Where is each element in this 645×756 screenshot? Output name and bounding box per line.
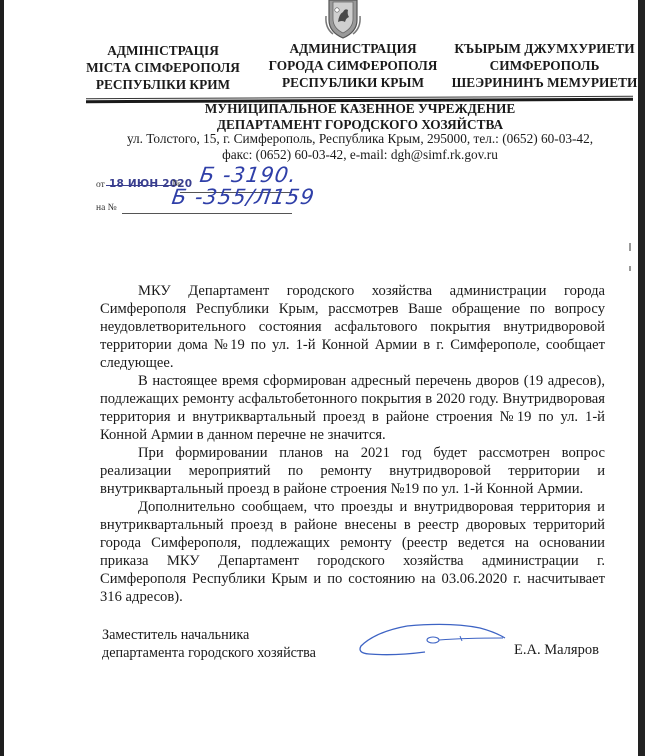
org-address-line2: факс: (0652) 60-03-42, e-mail: dgh@simf.… [90,147,630,163]
scan-border-right [638,0,645,756]
letterhead-line: ШЕЭРИНИНЪ МЕМУРИЕТИ [447,74,642,91]
signer-title-line2: департамента городского хозяйства [102,644,316,662]
body-paragraph: Дополнительно сообщаем, что проезды и вн… [100,498,605,606]
letterhead-line: АДМИНИСТРАЦИЯ [258,40,448,57]
letterhead-line: РЕСПУБЛІКИ КРИМ [78,76,248,93]
letter-body: МКУ Департамент городского хозяйства адм… [100,282,605,606]
letterhead-line: МІСТА СІМФЕРОПОЛЯ [78,59,248,76]
date-stamp-line [106,185,176,186]
org-name-line1: МУНИЦИПАЛЬНОЕ КАЗЕННОЕ УЧРЕЖДЕНИЕ [90,101,630,117]
letterhead-crimean-tatar: КЪЫРЫМ ДЖУМХУРИЕТИ СИМФЕРОПОЛЬ ШЕЭРИНИНЪ… [447,40,642,91]
letterhead-line: КЪЫРЫМ ДЖУМХУРИЕТИ [447,40,642,57]
scan-artifact [629,243,631,251]
from-label: от [96,180,105,190]
outgoing-number-handwritten: Б -3190. [198,163,298,187]
letterhead-line: РЕСПУБЛИКИ КРЫМ [258,74,448,91]
crimea-coat-of-arms-icon [323,0,363,40]
org-address-line1: ул. Толстого, 15, г. Симферополь, Респуб… [90,131,630,147]
letterhead-ukrainian: АДМІНІСТРАЦІЯ МІСТА СІМФЕРОПОЛЯ РЕСПУБЛІ… [78,42,248,93]
body-paragraph: МКУ Департамент городского хозяйства адм… [100,282,605,372]
signer-title: Заместитель начальника департамента горо… [102,626,316,662]
letterhead-line: СИМФЕРОПОЛЬ [447,57,642,74]
signer-title-line1: Заместитель начальника [102,626,316,644]
letterhead-line: ГОРОДА СИМФЕРОПОЛЯ [258,57,448,74]
handwritten-signature-icon [355,620,535,660]
scan-artifact [629,266,631,271]
reply-to-number-handwritten: Б -355/Л159 [170,185,316,209]
body-paragraph: При формировании планов на 2021 год буде… [100,444,605,498]
reply-to-number-line [122,213,292,214]
letterhead-line: АДМІНІСТРАЦІЯ [78,42,248,59]
reply-to-label: на № [96,203,117,213]
signer-name: Е.А. Маляров [514,642,599,659]
letterhead-russian: АДМИНИСТРАЦИЯ ГОРОДА СИМФЕРОПОЛЯ РЕСПУБЛ… [258,40,448,91]
body-paragraph: В настоящее время сформирован адресный п… [100,372,605,444]
